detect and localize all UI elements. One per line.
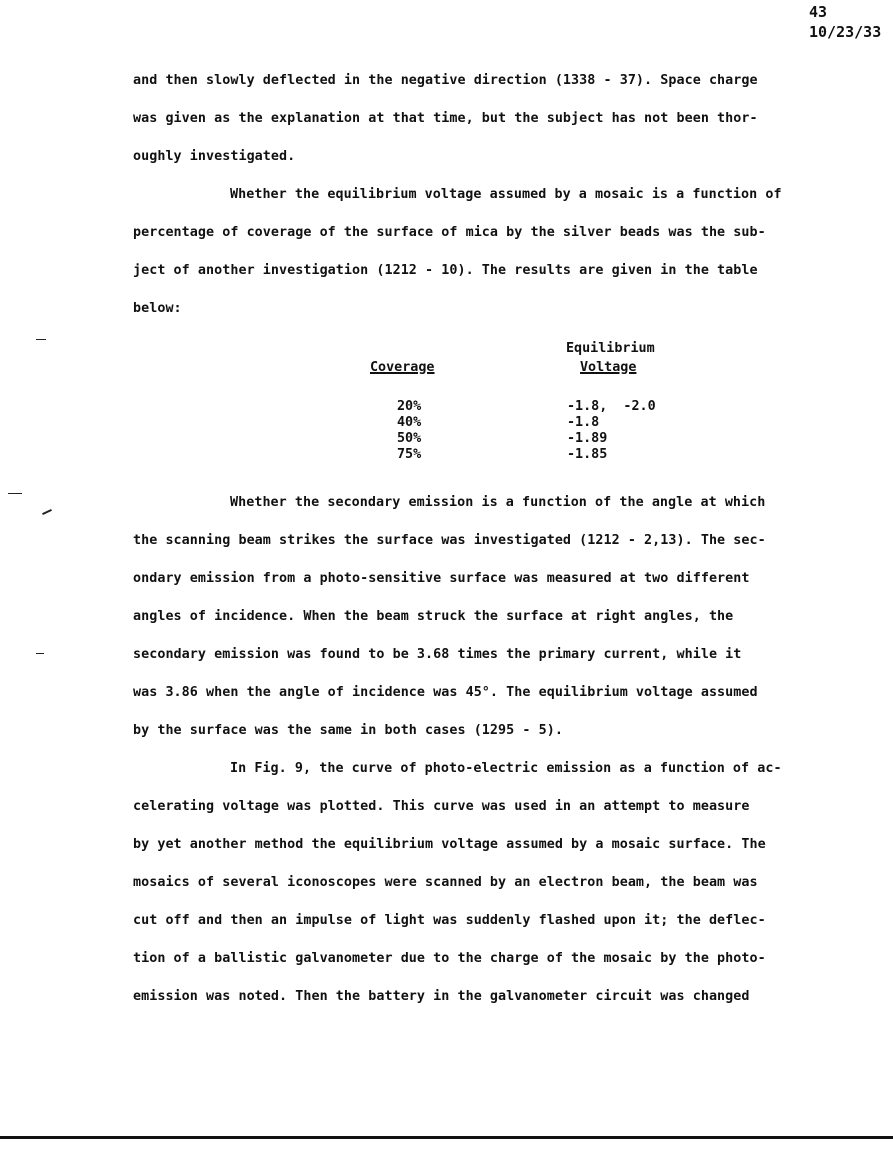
- text-line: the scanning beam strikes the surface wa…: [133, 532, 766, 550]
- coverage-header: Coverage: [370, 359, 435, 377]
- text-line: cut off and then an impulse of light was…: [133, 912, 766, 930]
- text-line: In Fig. 9, the curve of photo-electric e…: [230, 760, 782, 778]
- voltage-cell: -1.89: [567, 432, 607, 446]
- scan-mark: [36, 653, 44, 654]
- voltage-cell: -1.85: [567, 448, 607, 462]
- voltage-cell: -1.8: [567, 416, 599, 430]
- page-number: 43: [809, 2, 827, 22]
- text-line: emission was noted. Then the battery in …: [133, 988, 750, 1006]
- text-line: by the surface was the same in both case…: [133, 722, 563, 740]
- text-line: mosaics of several iconoscopes were scan…: [133, 874, 758, 892]
- text-line: secondary emission was found to be 3.68 …: [133, 646, 741, 664]
- coverage-cell: 40%: [397, 416, 421, 430]
- text-line: was 3.86 when the angle of incidence was…: [133, 684, 758, 702]
- coverage-cell: 50%: [397, 432, 421, 446]
- scan-mark: [42, 509, 52, 515]
- text-line: by yet another method the equilibrium vo…: [133, 836, 766, 854]
- coverage-cell: 75%: [397, 448, 421, 462]
- scan-mark: [8, 493, 22, 494]
- text-line: and then slowly deflected in the negativ…: [133, 72, 758, 90]
- text-line: below:: [133, 300, 182, 318]
- text-line: ject of another investigation (1212 - 10…: [133, 262, 758, 280]
- voltage-cell: -1.8, -2.0: [567, 400, 656, 414]
- text-line: celerating voltage was plotted. This cur…: [133, 798, 750, 816]
- text-line: was given as the explanation at that tim…: [133, 110, 758, 128]
- coverage-cell: 20%: [397, 400, 421, 414]
- voltage-header-line2: Voltage: [566, 359, 650, 377]
- text-line: Whether the equilibrium voltage assumed …: [230, 186, 782, 204]
- text-line: percentage of coverage of the surface of…: [133, 224, 766, 242]
- page-date: 10/23/33: [809, 22, 881, 42]
- scan-mark: [36, 339, 46, 340]
- voltage-header-line1: Equilibrium: [566, 340, 655, 358]
- text-line: ondary emission from a photo-sensitive s…: [133, 570, 750, 588]
- text-line: angles of incidence. When the beam struc…: [133, 608, 733, 626]
- page-edge-line: [0, 1136, 893, 1139]
- text-line: tion of a ballistic galvanometer due to …: [133, 950, 766, 968]
- text-line: oughly investigated.: [133, 148, 295, 166]
- text-line: Whether the secondary emission is a func…: [230, 494, 765, 512]
